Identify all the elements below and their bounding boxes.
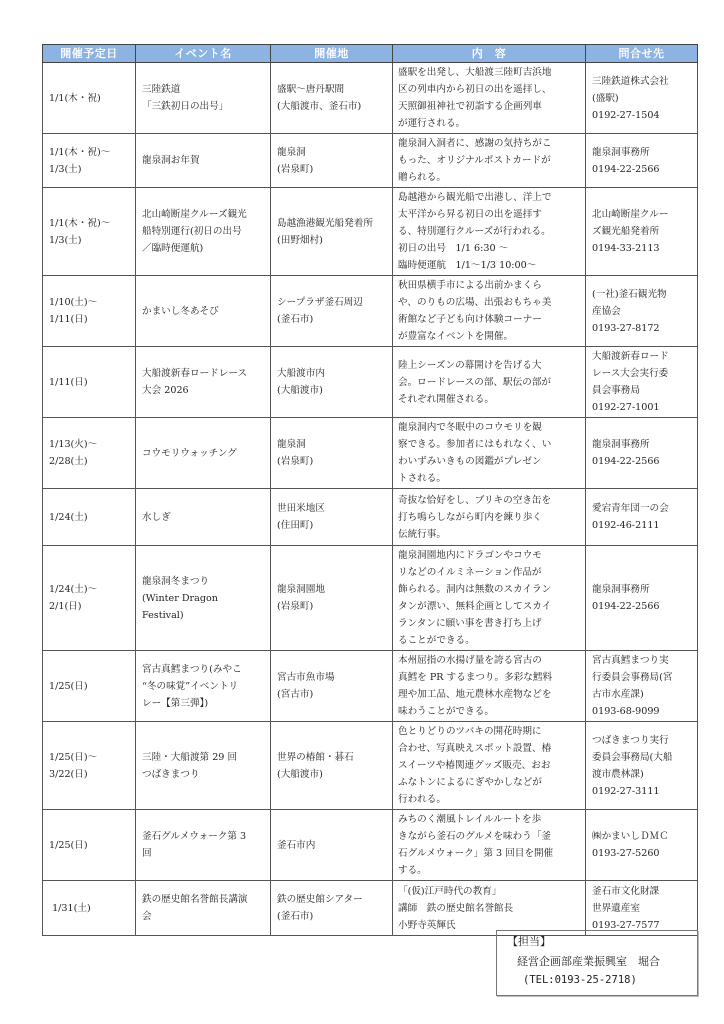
table-row: 1/25(日)～3/22(日)三陸・大船渡第 29 回つばきまつり世界の椿館・碁…	[43, 722, 698, 810]
venue-cell: 鉄の歴史館シアター(釜石市)	[271, 881, 393, 936]
date-line: 1/10(土)～	[49, 294, 131, 311]
content-line: する。	[398, 862, 582, 879]
content-cell: 龍泉洞入洞者に、感謝の気持ちがこもった、オリジナルポストカードが贈られる。	[393, 134, 586, 188]
date-cell: 1/25(日)～3/22(日)	[43, 722, 136, 810]
contact-line: 龍泉洞事務所	[592, 581, 693, 598]
contact-line: (一社)釜石観光物	[592, 286, 693, 303]
venue-cell: 世界の椿館・碁石(大船渡市)	[271, 722, 393, 810]
contact-cell: 龍泉洞事務所0194-22-2566	[586, 418, 698, 489]
venue-line: (岩泉町)	[277, 598, 388, 615]
content-line: 臨時便運航 1/1～1/3 10:00～	[398, 257, 582, 274]
content-line: 天照御祖神社で初詣する企画列車	[398, 98, 582, 115]
venue-cell: 龍泉洞(岩泉町)	[271, 134, 393, 188]
contact-tel: (TEL:0193-25-2718)	[523, 971, 637, 989]
venue-cell: 盛駅～唐丹駅間(大船渡市、釜石市)	[271, 63, 393, 134]
content-line: 術館など子ども向け体験コーナー	[398, 311, 582, 328]
contact-cell: 釜石市文化財課世界遺産室0193-27-7577	[586, 881, 698, 936]
content-line: 行われる。	[398, 791, 582, 808]
event-name-line: 大船渡新春ロードレース	[142, 365, 266, 382]
content-line: わいずみいきもの図鑑がプレゼン	[398, 453, 582, 470]
contact-line: 委員会事務局(大船	[592, 749, 693, 766]
contact-line: 渡市農林課)	[592, 766, 693, 783]
contact-cell: 宮古真鱈まつり実行委員会事務局(宮古市水産課)0193-68-9099	[586, 651, 698, 722]
venue-cell: シープラザ釜石周辺(釜石市)	[271, 276, 393, 347]
contact-line: ㈱かまいしＤＭＣ	[592, 828, 693, 845]
content-line: ランタンに願い事を書き打ち上げ	[398, 615, 582, 632]
event-name-line: 宮古真鱈まつり(みやこ	[142, 661, 266, 678]
event-name-cell: 宮古真鱈まつり(みやこ“冬の味覚”イベントリレー【第三弾】)	[136, 651, 271, 722]
contact-heading: 【担当】	[507, 933, 551, 951]
date-line: 1/3(土)	[49, 161, 131, 178]
venue-line: 世田米地区	[277, 500, 388, 517]
venue-line: 龍泉洞園地	[277, 581, 388, 598]
content-line: リなどのイルミネーション作品が	[398, 564, 582, 581]
date-cell: 1/24(土)	[43, 489, 136, 546]
content-line: る、特別運行クルーズが行われる。	[398, 223, 582, 240]
event-name-cell: 大船渡新春ロードレース大会 2026	[136, 347, 271, 418]
contact-line: 0192-46-2111	[592, 517, 693, 534]
event-name-line: レー【第三弾】)	[142, 695, 266, 712]
date-cell: 1/31(土)	[43, 881, 136, 936]
content-line: 色とりどりのツバキの開花時期に	[398, 723, 582, 740]
contact-line: 行委員会事務局(宮	[592, 669, 693, 686]
content-line: 龍泉洞内で冬眠中のコウモリを観	[398, 419, 582, 436]
venue-line: (田野畑村)	[277, 232, 388, 249]
venue-cell: 龍泉洞(岩泉町)	[271, 418, 393, 489]
content-cell: 秋田県横手市による出前かまくらや、のりもの広場、出張おもちゃ美術館など子ども向け…	[393, 276, 586, 347]
header-venue: 開催地	[271, 45, 393, 63]
venue-line: 龍泉洞	[277, 144, 388, 161]
content-line: 打ち鳴らしながら町内を練り歩く	[398, 509, 582, 526]
contact-line: レース大会実行委	[592, 365, 693, 382]
date-line: 3/22(日)	[49, 766, 131, 783]
date-line: 1/3(土)	[49, 232, 131, 249]
date-cell: 1/1(木・祝)～1/3(土)	[43, 188, 136, 276]
date-cell: 1/10(土)～1/11(日)	[43, 276, 136, 347]
date-line: 1/25(日)	[49, 678, 131, 695]
contact-line: 龍泉洞事務所	[592, 144, 693, 161]
date-cell: 1/13(火)～2/28(土)	[43, 418, 136, 489]
date-line: 1/11(日)	[49, 311, 131, 328]
contact-line: 0193-27-5260	[592, 845, 693, 862]
content-cell: 本州屈指の水揚げ量を誇る宮古の真鱈を PR するまつり。多彩な鱈料理や加工品、地…	[393, 651, 586, 722]
content-cell: 盛駅を出発し、大船渡三陸町吉浜地区の列車内から初日の出を遥拝し、天照御祖神社で初…	[393, 63, 586, 134]
content-line: 真鱈を PR するまつり。多彩な鱈料	[398, 669, 582, 686]
table-row: 1/1(木・祝)～1/3(土)北山崎断崖クルーズ観光船特別運行(初日の出号／臨時…	[43, 188, 698, 276]
content-cell: 「(仮)江戸時代の教育」講師 鉄の歴史館名誉館長小野寺英輝氏	[393, 881, 586, 936]
event-name-line: “冬の味覚”イベントリ	[142, 678, 266, 695]
venue-cell: 宮古市魚市場(宮古市)	[271, 651, 393, 722]
content-line: 「(仮)江戸時代の教育」	[398, 883, 582, 900]
date-line: 1/1(木・祝)～	[49, 144, 131, 161]
contact-line: 釜石市文化財課	[592, 883, 693, 900]
content-line: きながら釜石のグルメを味わう「釜	[398, 828, 582, 845]
table-row: 1/31(土)鉄の歴史館名誉館長講演会鉄の歴史館シアター(釜石市)「(仮)江戸時…	[43, 881, 698, 936]
content-cell: 奇抜な恰好をし、ブリキの空き缶を打ち鳴らしながら町内を練り歩く伝統行事。	[393, 489, 586, 546]
event-name-line: 大会 2026	[142, 382, 266, 399]
contact-line: ズ観光船発着所	[592, 223, 693, 240]
venue-line: シープラザ釜石周辺	[277, 294, 388, 311]
event-name-line: 龍泉洞冬まつり	[142, 573, 266, 590]
staff-contact-box: 【担当】 経営企画部産業振興室 堀合 (TEL:0193-25-2718)	[496, 930, 698, 996]
content-line: 合わせ、写真映えスポット設置、椿	[398, 740, 582, 757]
venue-line: (岩泉町)	[277, 161, 388, 178]
venue-line: (宮古市)	[277, 686, 388, 703]
event-name-cell: 鉄の歴史館名誉館長講演会	[136, 881, 271, 936]
content-line: トされる。	[398, 470, 582, 487]
contact-line: 古市水産課)	[592, 686, 693, 703]
venue-line: 龍泉洞	[277, 436, 388, 453]
event-name-line: つばきまつり	[142, 766, 266, 783]
venue-line: 鉄の歴史館シアター	[277, 891, 388, 908]
content-line: ることができる。	[398, 632, 582, 649]
content-line: や、のりもの広場、出張おもちゃ美	[398, 294, 582, 311]
venue-line: 世界の椿館・碁石	[277, 749, 388, 766]
date-line: 1/25(日)	[49, 837, 131, 854]
event-name-line: 船特別運行(初日の出号	[142, 223, 266, 240]
content-line: 石グルメウォーク」第 3 回目を開催	[398, 845, 582, 862]
venue-line: (住田町)	[277, 517, 388, 534]
date-cell: 1/1(木・祝)～1/3(土)	[43, 134, 136, 188]
date-line: 1/11(日)	[49, 374, 131, 391]
content-line: 初日の出号 1/1 6:30 ～	[398, 240, 582, 257]
header-event-name: イベント名	[136, 45, 271, 63]
header-content: 内 容	[393, 45, 586, 63]
event-name-cell: 水しぎ	[136, 489, 271, 546]
content-line: 講師 鉄の歴史館名誉館長	[398, 900, 582, 917]
contact-cell: 龍泉洞事務所0194-22-2566	[586, 546, 698, 651]
table-row: 1/10(土)～1/11(日)かまいし冬あそびシープラザ釜石周辺(釜石市)秋田県…	[43, 276, 698, 347]
content-line: 伝統行事。	[398, 526, 582, 543]
event-name-line: 北山崎断崖クルーズ観光	[142, 206, 266, 223]
contact-line: 北山崎断崖クルー	[592, 206, 693, 223]
venue-line: 盛駅～唐丹駅間	[277, 81, 388, 98]
content-line: 陸上シーズンの幕開けを告げる大	[398, 357, 582, 374]
table-body: 1/1(木・祝)三陸鉄道「三鉄初日の出号」盛駅～唐丹駅間(大船渡市、釜石市)盛駅…	[43, 63, 698, 936]
contact-line: 0193-68-9099	[592, 703, 693, 720]
event-name-line: 三陸・大船渡第 29 回	[142, 749, 266, 766]
date-line: 2/28(土)	[49, 453, 131, 470]
content-line: 会。ロードレースの部、駅伝の部が	[398, 374, 582, 391]
event-name-line: 「三鉄初日の出号」	[142, 98, 266, 115]
date-line: 1/1(木・祝)	[49, 90, 131, 107]
contact-line: 0194-22-2566	[592, 161, 693, 178]
event-name-line: 水しぎ	[142, 509, 266, 526]
content-line: 島越港から観光船で出港し、洋上で	[398, 189, 582, 206]
date-cell: 1/11(日)	[43, 347, 136, 418]
content-line: 理や加工品、地元農林水産物などを	[398, 686, 582, 703]
contact-line: 員会事務局	[592, 382, 693, 399]
contact-line: 0192-27-1001	[592, 399, 693, 416]
event-name-line: 三陸鉄道	[142, 81, 266, 98]
event-name-line: (Winter Dragon	[142, 590, 266, 607]
event-name-cell: 三陸鉄道「三鉄初日の出号」	[136, 63, 271, 134]
event-name-cell: 三陸・大船渡第 29 回つばきまつり	[136, 722, 271, 810]
event-name-cell: 龍泉洞冬まつり(Winter DragonFestival)	[136, 546, 271, 651]
contact-cell: つばきまつり実行委員会事務局(大船渡市農林課)0192-27-3111	[586, 722, 698, 810]
table-row: 1/24(土)～2/1(日)龍泉洞冬まつり(Winter DragonFesti…	[43, 546, 698, 651]
content-line: 本州屈指の水揚げ量を誇る宮古の	[398, 652, 582, 669]
table-row: 1/1(木・祝)～1/3(土)龍泉洞お年賀龍泉洞(岩泉町)龍泉洞入洞者に、感謝の…	[43, 134, 698, 188]
date-cell: 1/25(日)	[43, 810, 136, 881]
date-line: 1/24(土)	[49, 509, 131, 526]
contact-line: 龍泉洞事務所	[592, 436, 693, 453]
venue-cell: 島越漁港観光船発着所(田野畑村)	[271, 188, 393, 276]
contact-line: 0194-22-2566	[592, 598, 693, 615]
content-line: が豊富なイベントを開催。	[398, 328, 582, 345]
event-name-cell: 北山崎断崖クルーズ観光船特別運行(初日の出号／臨時便運航)	[136, 188, 271, 276]
contact-line: 0194-22-2566	[592, 453, 693, 470]
venue-line: 宮古市魚市場	[277, 669, 388, 686]
content-line: スイーツや椿関連グッズ販売、おお	[398, 757, 582, 774]
header-date: 開催予定日	[43, 45, 136, 63]
date-line: 2/1(日)	[49, 598, 131, 615]
date-line: 1/31(土)	[49, 900, 131, 917]
venue-line: (釜石市)	[277, 908, 388, 925]
content-line: それぞれ開催される。	[398, 391, 582, 408]
venue-line: 大船渡市内	[277, 365, 388, 382]
venue-line: 釜石市内	[277, 837, 388, 854]
event-name-cell: かまいし冬あそび	[136, 276, 271, 347]
contact-line: 0193-27-8172	[592, 320, 693, 337]
content-line: 飾られる。洞内は無数のスカイラン	[398, 581, 582, 598]
event-name-line: 回	[142, 845, 266, 862]
date-cell: 1/1(木・祝)	[43, 63, 136, 134]
contact-line: 0192-27-1504	[592, 107, 693, 124]
event-name-line: 龍泉洞お年賀	[142, 152, 266, 169]
event-name-line: コウモリウォッチング	[142, 445, 266, 462]
content-line: ふなトンによるにぎやかしなどが	[398, 774, 582, 791]
content-line: 龍泉洞園地内にドラゴンやコウモ	[398, 547, 582, 564]
content-line: が運行される。	[398, 115, 582, 132]
contact-cell: 龍泉洞事務所0194-22-2566	[586, 134, 698, 188]
content-cell: 色とりどりのツバキの開花時期に合わせ、写真映えスポット設置、椿スイーツや椿関連グ…	[393, 722, 586, 810]
content-line: みちのく潮風トレイルルートを歩	[398, 811, 582, 828]
contact-line: (盛駅)	[592, 90, 693, 107]
events-table: 開催予定日 イベント名 開催地 内 容 問合せ先 1/1(木・祝)三陸鉄道「三鉄…	[42, 44, 698, 936]
content-line: 奇抜な恰好をし、ブリキの空き缶を	[398, 492, 582, 509]
content-cell: 島越港から観光船で出港し、洋上で太平洋から昇る初日の出を遥拝する、特別運行クルー…	[393, 188, 586, 276]
content-line: 察できる。参加者にはもれなく、い	[398, 436, 582, 453]
venue-line: (岩泉町)	[277, 453, 388, 470]
content-line: 贈られる。	[398, 169, 582, 186]
content-cell: みちのく潮風トレイルルートを歩きながら釜石のグルメを味わう「釜石グルメウォーク」…	[393, 810, 586, 881]
event-name-line: Festival)	[142, 607, 266, 624]
date-cell: 1/24(土)～2/1(日)	[43, 546, 136, 651]
contact-department: 経営企画部産業振興室 堀合	[517, 953, 660, 971]
table-row: 1/24(土)水しぎ世田米地区(住田町)奇抜な恰好をし、ブリキの空き缶を打ち鳴ら…	[43, 489, 698, 546]
content-line: 秋田県横手市による出前かまくら	[398, 277, 582, 294]
date-line: 1/13(火)～	[49, 436, 131, 453]
event-name-line: 釜石グルメウォーク第 3	[142, 828, 266, 845]
header-row: 開催予定日 イベント名 開催地 内 容 問合せ先	[43, 45, 698, 63]
venue-cell: 龍泉洞園地(岩泉町)	[271, 546, 393, 651]
table-row: 1/11(日)大船渡新春ロードレース大会 2026大船渡市内(大船渡市)陸上シー…	[43, 347, 698, 418]
contact-line: つばきまつり実行	[592, 732, 693, 749]
venue-line: (釜石市)	[277, 311, 388, 328]
content-line: 龍泉洞入洞者に、感謝の気持ちがこ	[398, 135, 582, 152]
contact-cell: 北山崎断崖クルーズ観光船発着所0194-33-2113	[586, 188, 698, 276]
contact-line: 大船渡新春ロード	[592, 348, 693, 365]
contact-cell: 三陸鉄道株式会社(盛駅)0192-27-1504	[586, 63, 698, 134]
content-line: 太平洋から昇る初日の出を遥拝す	[398, 206, 582, 223]
header-contact: 問合せ先	[586, 45, 698, 63]
contact-line: 0192-27-3111	[592, 783, 693, 800]
event-name-line: かまいし冬あそび	[142, 303, 266, 320]
venue-cell: 釜石市内	[271, 810, 393, 881]
table-row: 1/1(木・祝)三陸鉄道「三鉄初日の出号」盛駅～唐丹駅間(大船渡市、釜石市)盛駅…	[43, 63, 698, 134]
venue-cell: 大船渡市内(大船渡市)	[271, 347, 393, 418]
contact-line: 0194-33-2113	[592, 240, 693, 257]
content-line: もった、オリジナルポストカードが	[398, 152, 582, 169]
contact-line: 宮古真鱈まつり実	[592, 652, 693, 669]
table-row: 1/13(火)～2/28(土)コウモリウォッチング龍泉洞(岩泉町)龍泉洞内で冬眠…	[43, 418, 698, 489]
content-cell: 龍泉洞園地内にドラゴンやコウモリなどのイルミネーション作品が飾られる。洞内は無数…	[393, 546, 586, 651]
content-line: 区の列車内から初日の出を遥拝し、	[398, 81, 582, 98]
date-line: 1/24(土)～	[49, 581, 131, 598]
table-row: 1/25(日)宮古真鱈まつり(みやこ“冬の味覚”イベントリレー【第三弾】)宮古市…	[43, 651, 698, 722]
contact-line: 三陸鉄道株式会社	[592, 73, 693, 90]
contact-line: 世界遺産室	[592, 900, 693, 917]
contact-cell: 愛宕青年団一の会0192-46-2111	[586, 489, 698, 546]
event-name-cell: コウモリウォッチング	[136, 418, 271, 489]
date-line: 1/1(木・祝)～	[49, 215, 131, 232]
event-name-line: 会	[142, 908, 266, 925]
date-cell: 1/25(日)	[43, 651, 136, 722]
event-name-line: 鉄の歴史館名誉館長講演	[142, 891, 266, 908]
venue-line: (大船渡市、釜石市)	[277, 98, 388, 115]
content-line: 盛駅を出発し、大船渡三陸町吉浜地	[398, 64, 582, 81]
event-name-cell: 龍泉洞お年賀	[136, 134, 271, 188]
content-line: 味わうことができる。	[398, 703, 582, 720]
contact-cell: ㈱かまいしＤＭＣ0193-27-5260	[586, 810, 698, 881]
contact-cell: 大船渡新春ロードレース大会実行委員会事務局0192-27-1001	[586, 347, 698, 418]
content-line: タンが漂い、無料企画としてスカイ	[398, 598, 582, 615]
venue-line: 島越漁港観光船発着所	[277, 215, 388, 232]
content-cell: 陸上シーズンの幕開けを告げる大会。ロードレースの部、駅伝の部がそれぞれ開催される…	[393, 347, 586, 418]
venue-cell: 世田米地区(住田町)	[271, 489, 393, 546]
content-cell: 龍泉洞内で冬眠中のコウモリを観察できる。参加者にはもれなく、いわいずみいきもの図…	[393, 418, 586, 489]
venue-line: (大船渡市)	[277, 382, 388, 399]
event-name-line: ／臨時便運航)	[142, 240, 266, 257]
contact-line: 愛宕青年団一の会	[592, 500, 693, 517]
contact-line: 産協会	[592, 303, 693, 320]
contact-cell: (一社)釜石観光物産協会0193-27-8172	[586, 276, 698, 347]
table-row: 1/25(日)釜石グルメウォーク第 3回釜石市内みちのく潮風トレイルルートを歩き…	[43, 810, 698, 881]
venue-line: (大船渡市)	[277, 766, 388, 783]
date-line: 1/25(日)～	[49, 749, 131, 766]
event-name-cell: 釜石グルメウォーク第 3回	[136, 810, 271, 881]
